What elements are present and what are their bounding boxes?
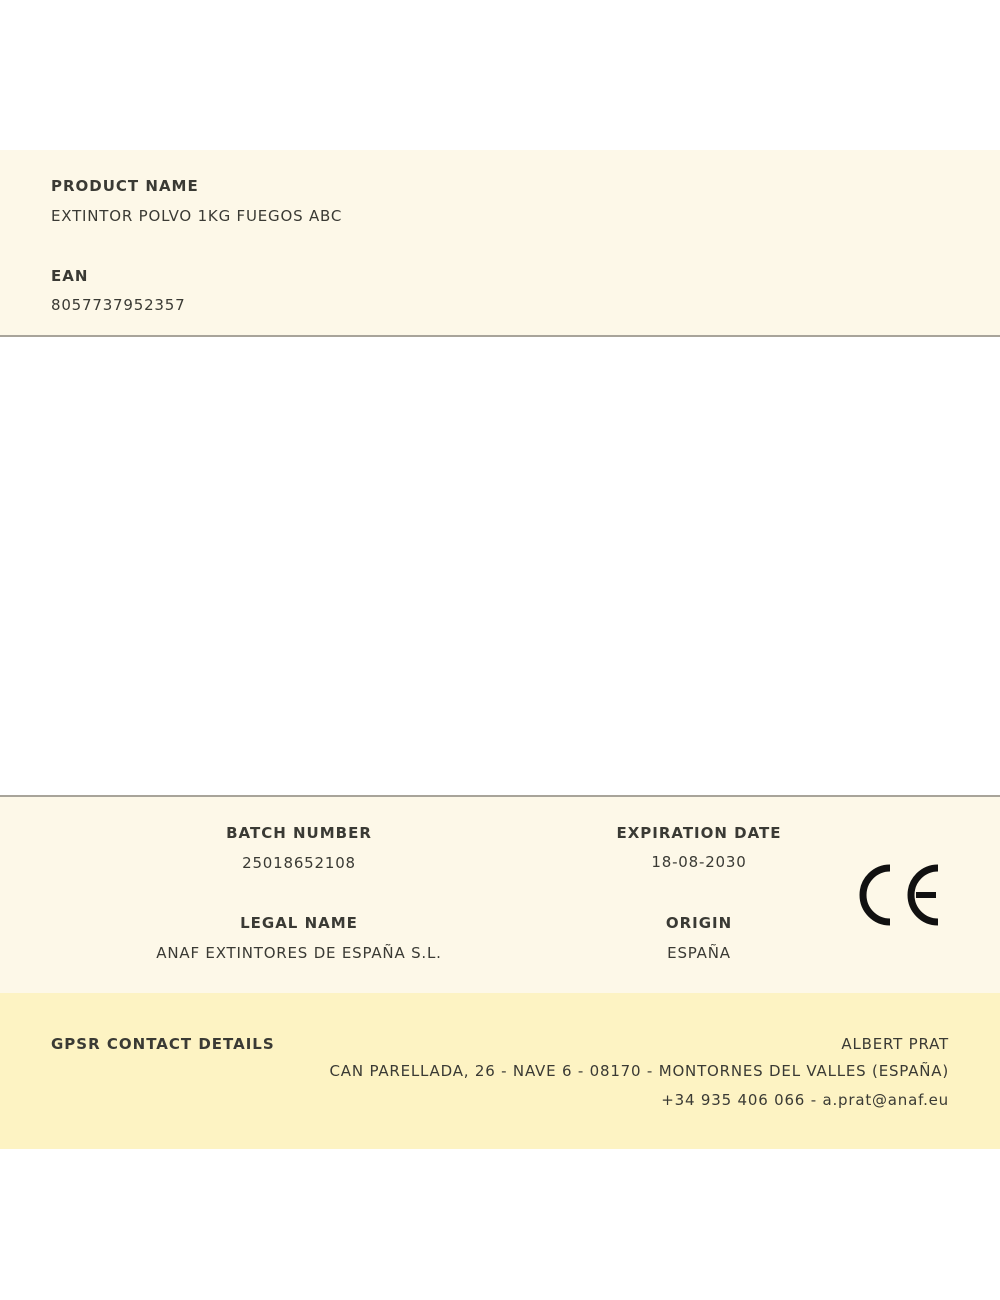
legal-name-label: LEGAL NAME [240, 914, 358, 932]
gpsr-contact-label: GPSR CONTACT DETAILS [51, 1035, 275, 1053]
contact-address: CAN PARELLADA, 26 - NAVE 6 - 08170 - MON… [330, 1062, 949, 1080]
contact-phone-email: +34 935 406 066 - a.prat@anaf.eu [661, 1091, 949, 1109]
product-name-value: EXTINTOR POLVO 1KG FUEGOS ABC [51, 207, 342, 225]
ean-label: EAN [51, 267, 88, 285]
origin-label: ORIGIN [666, 914, 732, 932]
details-section: BATCH NUMBER 25018652108 EXPIRATION DATE… [0, 795, 1000, 995]
batch-number-label: BATCH NUMBER [226, 824, 372, 842]
gpsr-contact-section: GPSR CONTACT DETAILS ALBERT PRAT CAN PAR… [0, 993, 1000, 1149]
product-section: PRODUCT NAME EXTINTOR POLVO 1KG FUEGOS A… [0, 150, 1000, 337]
expiration-date-value: 18-08-2030 [651, 853, 746, 871]
ce-mark-icon [858, 864, 942, 926]
contact-name: ALBERT PRAT [841, 1035, 949, 1053]
expiration-date-label: EXPIRATION DATE [616, 824, 781, 842]
origin-value: ESPAÑA [667, 944, 731, 962]
batch-number-value: 25018652108 [242, 854, 356, 872]
legal-name-value: ANAF EXTINTORES DE ESPAÑA S.L. [156, 944, 441, 962]
ean-value: 8057737952357 [51, 296, 185, 314]
product-name-label: PRODUCT NAME [51, 177, 199, 195]
